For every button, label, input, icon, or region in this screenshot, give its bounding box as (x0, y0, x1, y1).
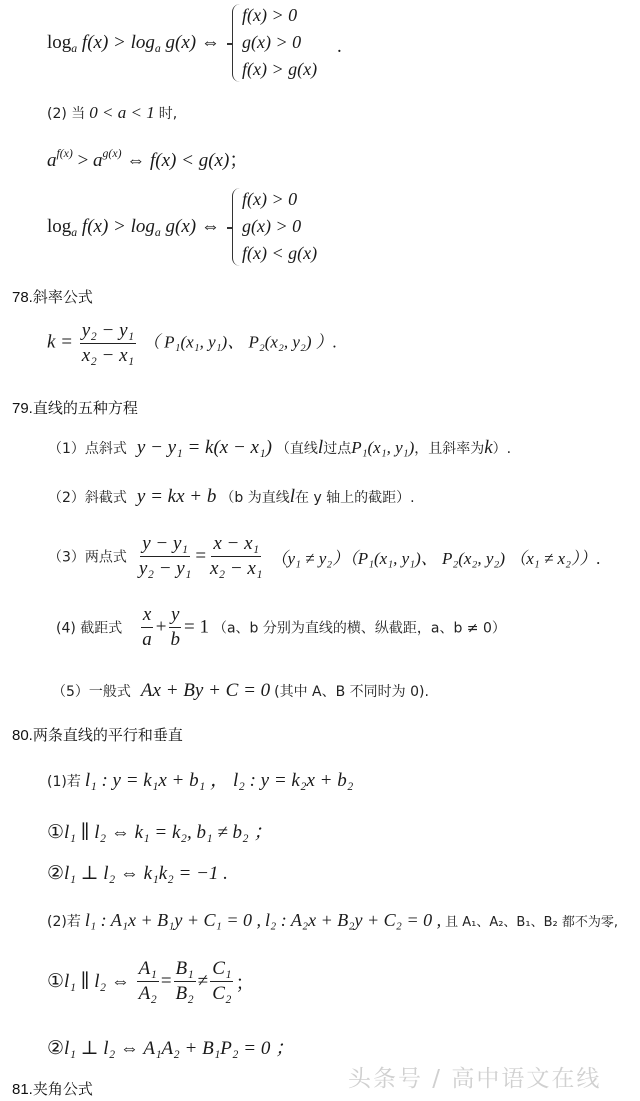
note-text: 在 y 轴上的截距）. (295, 490, 415, 506)
slope-fraction: y₂ − y₁ x₂ − x₁ (80, 320, 136, 367)
period: . (337, 36, 342, 58)
parallel-condition-1: ①l₁ ∥ l₂ ⇔ k₁ = k₂, b₁ ≠ b₂ ； (47, 817, 272, 844)
gx-term: g(x) (166, 216, 197, 237)
equivalent-condition: ⇔ f(x) < g(x) (122, 150, 230, 171)
form-formula: Ax + By + C = 0 (141, 680, 270, 701)
log-base: a (71, 226, 77, 239)
exponent-fx: f(x) (57, 147, 73, 160)
line-l2-equation: l₂ : y = k₂x + b₂ (233, 770, 353, 791)
condition-lhs: l₁ ∥ l₂ ⇔ (64, 971, 130, 992)
form-label: （3）两点式 (48, 549, 127, 565)
fraction-y-over-b: y b (169, 604, 183, 651)
fraction-numerator: x (141, 604, 153, 628)
section-heading-81: 81.夹角公式 (12, 1078, 93, 1099)
intercept-form: (4) 截距式 x a + y b = 1 （a、b 分别为直线的横、纵截距，a… (56, 604, 506, 651)
form-formula: y = kx + b (137, 486, 216, 507)
fraction-numerator: y − y₁ (140, 533, 190, 557)
fraction-denominator: B₂ (174, 982, 196, 1005)
case-2-line: (2) 当 0 < a < 1 时, (47, 103, 177, 123)
section-heading-79: 79.直线的五种方程 (12, 397, 138, 418)
condition-line: f(x) > g(x) (242, 56, 317, 83)
perpendicular-condition-2: ②l₁ ⊥ l₂ ⇔ A₁A₂ + B₁P₂ = 0 ； (47, 1033, 294, 1060)
equals-sign: = (161, 970, 172, 991)
circled-two-icon: ② (47, 863, 64, 884)
fraction-numerator: y (169, 604, 181, 628)
equivalence-symbol: ⇔ (201, 216, 220, 237)
condition-formula: l₁ ⊥ l₂ ⇔ k₁k₂ = −1 . (64, 863, 228, 884)
condition-system-2: f(x) > 0 g(x) > 0 f(x) < g(x) (232, 186, 352, 268)
note-text: ，且斜率为 (414, 441, 484, 457)
condition-note: （y₁ ≠ y₂） (270, 549, 349, 568)
gx-term: g(x) (166, 32, 197, 53)
form-label: （1）点斜式 (48, 441, 127, 457)
condition-line: f(x) < g(x) (242, 240, 317, 267)
point-p1: P₁(x₁, y₁) (351, 438, 414, 457)
form-label: （5）一般式 (52, 684, 131, 700)
semicolon: ； (235, 973, 254, 994)
note-text: （直线 (276, 441, 318, 457)
log-base: a (155, 226, 161, 239)
two-point-form: （3）两点式 y − y₁ y₂ − y₁ = x − x₁ x₂ − x₁ （… (48, 533, 601, 580)
exponential-inequality-formula: af(x) > ag(x) ⇔ f(x) < g(x)； (47, 145, 248, 172)
condition-formula: l₁ ⊥ l₂ ⇔ A₁A₂ + B₁P₂ = 0 ； (64, 1038, 294, 1059)
fraction-denominator: C₂ (210, 982, 233, 1005)
log-base: a (155, 42, 161, 55)
fraction-numerator: B₁ (174, 958, 196, 982)
general-note: (其中 A、B 不同时为 0). (274, 684, 429, 700)
plus-sign: + (156, 616, 167, 637)
case-label: (1)若 (47, 774, 81, 790)
fraction-denominator: x₂ − x₁ (208, 557, 264, 580)
condition-line: f(x) > 0 (242, 2, 317, 29)
circled-one-icon: ① (47, 971, 64, 992)
fraction-y: y − y₁ y₂ − y₁ (137, 533, 193, 580)
intercept-note: （a、b 分别为直线的横、纵截距，a、b ≠ 0） (213, 620, 506, 636)
condition-system-1: f(x) > 0 g(x) > 0 f(x) > g(x) (232, 2, 352, 84)
note-text: （b 为直线 (220, 490, 289, 506)
fraction-denominator: x₂ − x₁ (80, 344, 136, 367)
fraction-numerator: y₂ − y₁ (80, 320, 136, 344)
note-text: ）. (493, 441, 511, 457)
section-heading-78: 78.斜率公式 (12, 286, 93, 307)
line-l1-equation: l₁ : A₁x + B₁y + C₁ = 0 , (85, 910, 261, 930)
not-equal-sign: ≠ (198, 970, 208, 991)
form-label: （2）斜截式 (48, 490, 127, 506)
case-label: (2)若 (47, 914, 81, 930)
watermark: 头条号 / 高中语文在线 (348, 1060, 601, 1093)
equals-sign: = (195, 545, 206, 566)
fraction-numerator: C₁ (210, 958, 233, 982)
nonzero-note: 且 A₁、A₂、B₁、B₂ 都不为零, (445, 915, 618, 930)
parallel-case-2-definition: (2)若 l₁ : A₁x + B₁y + C₁ = 0 , l₂ : A₂x … (47, 910, 618, 931)
fraction-numerator: A₁ (137, 958, 159, 982)
semicolon: ； (229, 150, 248, 171)
fraction-x-over-a: x a (140, 604, 154, 651)
condition-line: f(x) > 0 (242, 186, 317, 213)
case-label: (2) 当 (47, 106, 85, 122)
log-text: log (47, 216, 71, 237)
fraction-denominator: a (140, 628, 154, 651)
equals-one: = 1 (184, 616, 209, 637)
section-heading-80: 80.两条直线的平行和垂直 (12, 724, 183, 745)
parallel-case-1-definition: (1)若 l₁ : y = k₁x + b₁ ， l₂ : y = k₂x + … (47, 765, 353, 792)
left-brace-icon (232, 188, 241, 266)
case-suffix: 时, (159, 106, 177, 122)
slope-intercept-form: （2）斜截式 y = kx + b （b 为直线l在 y 轴上的截距）. (48, 486, 415, 508)
points-note: （P₁(x₁, y₁)、 P₂(x₂, y₂) （x₁ ≠ x₂））. (349, 549, 601, 568)
fraction-denominator: b (169, 628, 183, 651)
parallel-condition-2: ①l₁ ∥ l₂ ⇔ A₁ A₂ = B₁ B₂ ≠ C₁ C₂ ； (47, 958, 254, 1005)
general-form: （5）一般式 Ax + By + C = 0 (其中 A、B 不同时为 0). (52, 680, 429, 702)
equivalence-symbol: ⇔ (201, 32, 220, 53)
slope-k: k (484, 437, 492, 458)
slope-formula: k = y₂ − y₁ x₂ − x₁ （ P₁(x₁, y₁)、 P₂(x₂,… (47, 320, 337, 367)
fx-term: f(x) > log (82, 216, 155, 237)
exponent-gx: g(x) (103, 147, 122, 160)
fraction-c: C₁ C₂ (210, 958, 233, 1005)
case-condition: 0 < a < 1 (89, 103, 154, 122)
circled-one-icon: ① (47, 822, 64, 843)
base-a: a (47, 150, 57, 171)
fraction-denominator: y₂ − y₁ (137, 557, 193, 580)
point-slope-form: （1）点斜式 y − y₁ = k(x − x₁) （直线l过点P₁(x₁, y… (48, 437, 511, 459)
fraction-b: B₁ B₂ (174, 958, 196, 1005)
form-label: (4) 截距式 (56, 620, 122, 636)
form-formula: y − y₁ = k(x − x₁) (137, 437, 272, 458)
fraction-a: A₁ A₂ (137, 958, 159, 1005)
condition-formula: l₁ ∥ l₂ ⇔ k₁ = k₂, b₁ ≠ b₂ ； (64, 822, 272, 843)
slope-points-note: （ P₁(x₁, y₁)、 P₂(x₂, y₂) ）. (143, 333, 337, 352)
base-a: a (93, 150, 103, 171)
perpendicular-condition-1: ②l₁ ⊥ l₂ ⇔ k₁k₂ = −1 . (47, 862, 228, 885)
log-inequality-formula-1: loga f(x) > loga g(x) ⇔ (47, 32, 220, 54)
log-text: log (47, 32, 71, 53)
log-base: a (71, 42, 77, 55)
slope-lhs: k = (47, 332, 73, 353)
line-l2-equation: l₂ : A₂x + B₂y + C₂ = 0 , (265, 910, 441, 930)
circled-two-icon: ② (47, 1038, 64, 1059)
fx-term: f(x) > log (82, 32, 155, 53)
fraction-denominator: A₂ (137, 982, 159, 1005)
note-text: 过点 (323, 441, 351, 457)
log-inequality-formula-2: loga f(x) > loga g(x) ⇔ (47, 216, 220, 238)
left-brace-icon (232, 4, 241, 82)
line-l1-equation: l₁ : y = k₁x + b₁ ， (85, 770, 229, 791)
condition-line: g(x) > 0 (242, 213, 317, 240)
gt-symbol: > (73, 150, 93, 171)
fraction-numerator: x − x₁ (211, 533, 261, 557)
fraction-x: x − x₁ x₂ − x₁ (208, 533, 264, 580)
condition-line: g(x) > 0 (242, 29, 317, 56)
